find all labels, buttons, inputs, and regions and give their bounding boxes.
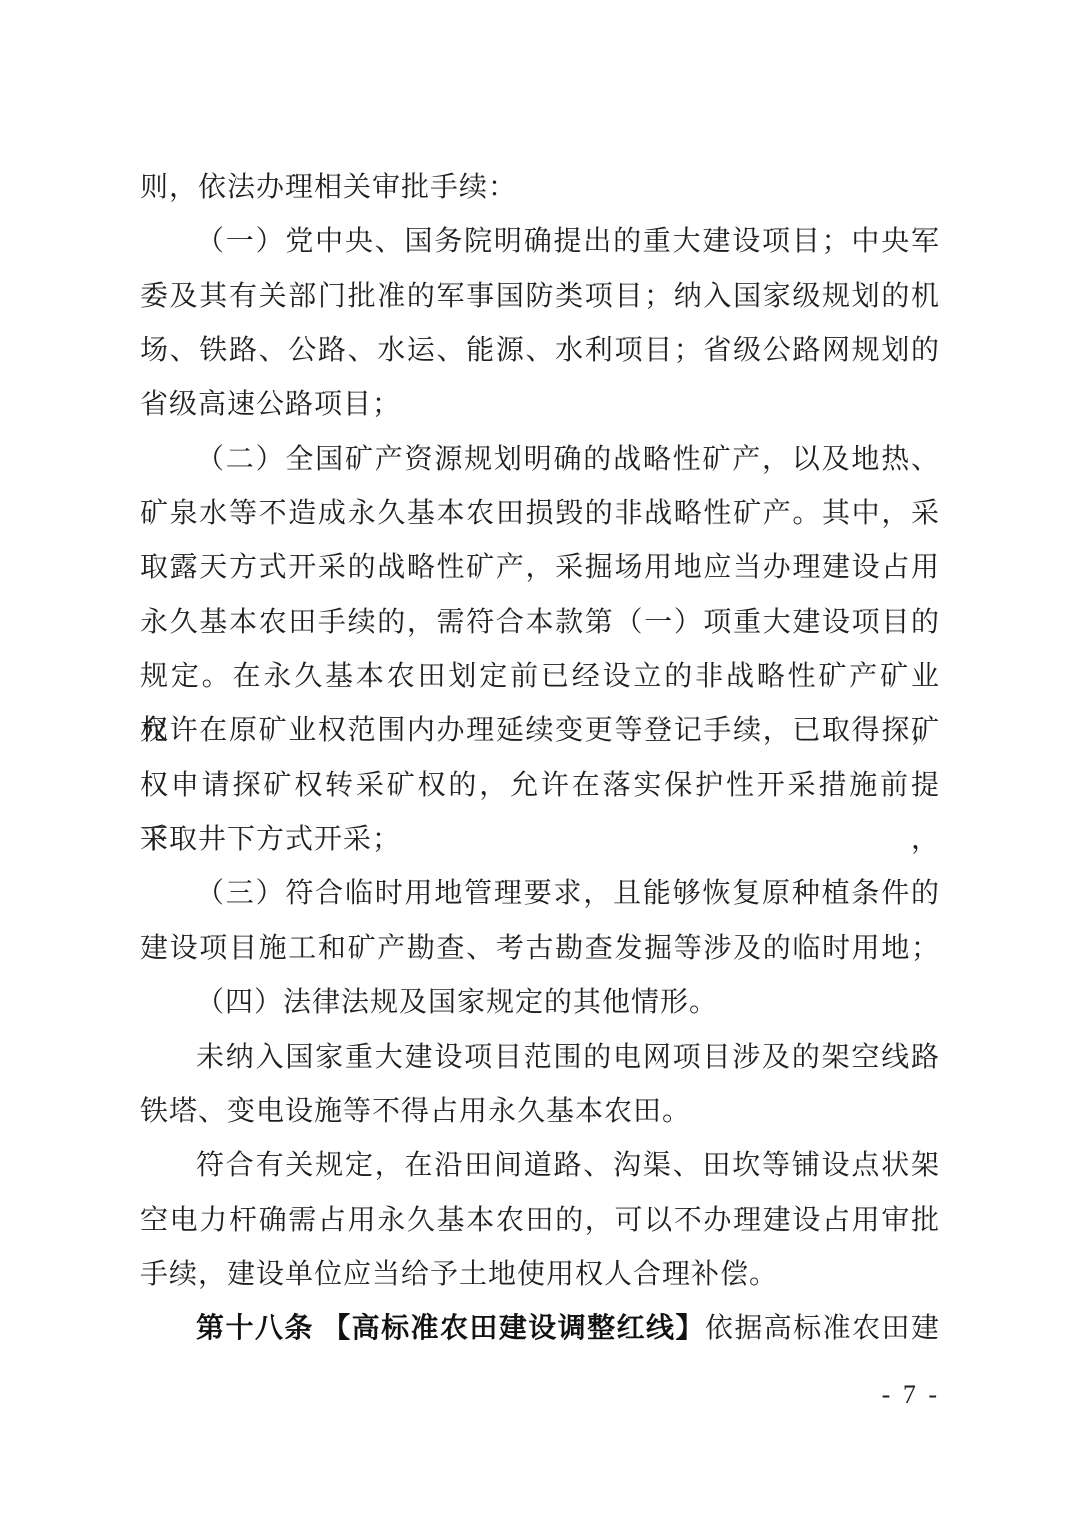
document-page: 则，依法办理相关审批手续： （一）党中央、国务院明确提出的重大建设项目；中央军 … xyxy=(0,0,1080,1527)
article-18-body-start: 依据高标准农田建 xyxy=(705,1313,940,1344)
page-number: - 7 - xyxy=(882,1378,940,1412)
text-line: 权申请探矿权转采矿权的，允许在落实保护性开采措施前提下， xyxy=(140,759,940,813)
text-line: 未纳入国家重大建设项目范围的电网项目涉及的架空线路 xyxy=(140,1031,940,1085)
text-line: 委及其有关部门批准的军事国防类项目；纳入国家级规划的机 xyxy=(140,270,940,324)
text-line: 空电力杆确需占用永久基本农田的，可以不办理建设占用审批 xyxy=(140,1194,940,1248)
article-18-heading-line: 第十八条 【高标准农田建设调整红线】依据高标准农田建 xyxy=(140,1302,940,1356)
text-line: 矿泉水等不造成永久基本农田损毁的非战略性矿产。其中，采 xyxy=(140,487,940,541)
text-line: 符合有关规定，在沿田间道路、沟渠、田坎等铺设点状架 xyxy=(140,1139,940,1193)
text-line: 手续，建设单位应当给予土地使用权人合理补偿。 xyxy=(140,1248,940,1302)
text-line-item-1: （一）党中央、国务院明确提出的重大建设项目；中央军 xyxy=(140,215,940,269)
text-line: 则，依法办理相关审批手续： xyxy=(140,161,940,215)
text-line: 永久基本农田手续的，需符合本款第（一）项重大建设项目的 xyxy=(140,596,940,650)
text-block: 则，依法办理相关审批手续： （一）党中央、国务院明确提出的重大建设项目；中央军 … xyxy=(140,161,940,1357)
text-line-item-3: （三）符合临时用地管理要求，且能够恢复原种植条件的 xyxy=(140,867,940,921)
text-line-item-4: （四）法律法规及国家规定的其他情形。 xyxy=(140,976,940,1030)
text-line: 允许在原矿业权范围内办理延续变更等登记手续，已取得探矿 xyxy=(140,704,940,758)
article-18-number-and-title: 第十八条 【高标准农田建设调整红线】 xyxy=(196,1313,705,1344)
text-line: 省级高速公路项目； xyxy=(140,378,940,432)
text-line: 铁塔、变电设施等不得占用永久基本农田。 xyxy=(140,1085,940,1139)
text-line: 取露天方式开采的战略性矿产，采掘场用地应当办理建设占用 xyxy=(140,541,940,595)
text-line: 场、铁路、公路、水运、能源、水利项目；省级公路网规划的 xyxy=(140,324,940,378)
text-line: 建设项目施工和矿产勘查、考古勘查发掘等涉及的临时用地； xyxy=(140,922,940,976)
text-line-item-2: （二）全国矿产资源规划明确的战略性矿产，以及地热、 xyxy=(140,433,940,487)
text-line: 规定。在永久基本农田划定前已经设立的非战略性矿产矿业权， xyxy=(140,650,940,704)
